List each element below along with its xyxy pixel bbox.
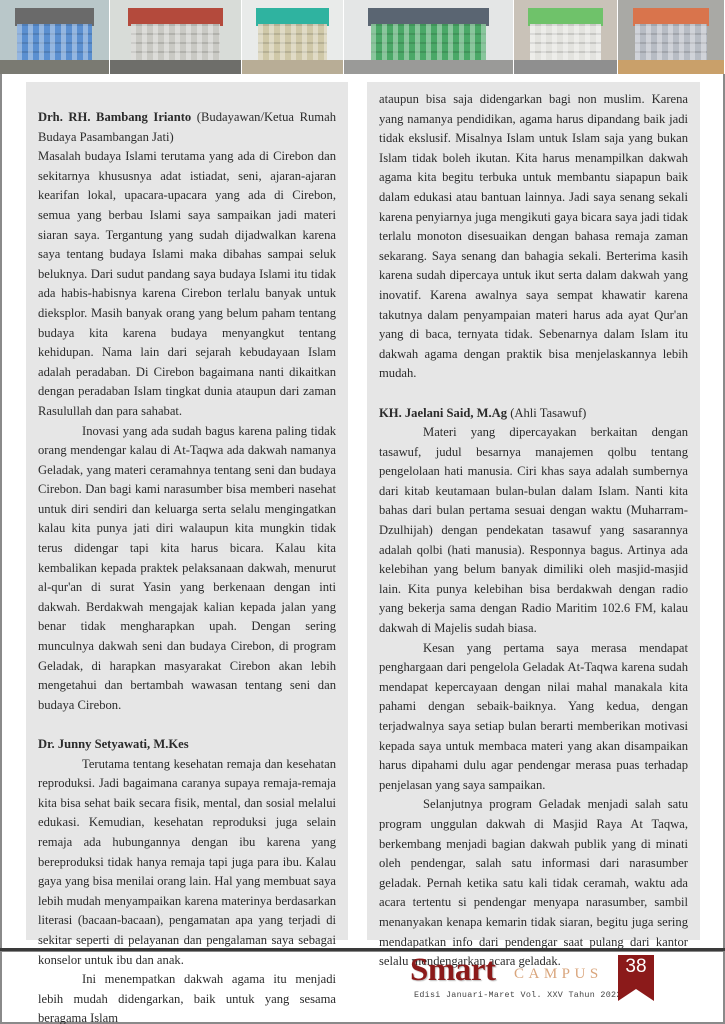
header-photo-campus-hall [344,0,514,74]
header-photo-blue-building [0,0,110,74]
paragraph: Selanjutnya program Geladak menjadi sala… [379,795,688,971]
logo-campus-text: CAMPUS [514,966,603,983]
edition-text: Edisi Januari-Maret Vol. XXV Tahun 2022 [414,990,622,1000]
logo-smart-text: Smart [410,952,495,989]
paragraph: ataupun bisa saja didengarkan bagi non m… [379,90,688,384]
header-photo-campus-aerial [618,0,725,74]
footer-divider [0,948,725,952]
header-photo-arch-gate [110,0,242,74]
speaker-heading-jaelani: KH. Jaelani Said, M.Ag (Ahli Tasawuf) [379,404,688,424]
paragraph: Materi yang dipercayakan berkaitan denga… [379,423,688,639]
paragraph: Inovasi yang ada sudah bagus karena pali… [38,422,336,716]
header-photo-strip [0,0,725,74]
paragraph: Masalah budaya Islami terutama yang ada … [38,147,336,421]
header-photo-mosque-aerial [514,0,618,74]
article-column-right: ataupun bisa saja didengarkan bagi non m… [367,82,700,940]
speaker-name: KH. Jaelani Said, M.Ag [379,406,507,420]
page-number: 38 [618,956,654,978]
speaker-heading-bambang: Drh. RH. Bambang Irianto (Budayawan/Ketu… [38,108,336,147]
speaker-role: (Ahli Tasawuf) [507,406,586,420]
page-number-badge: 38 [618,955,654,1001]
speaker-heading-junny: Dr. Junny Setyawati, M.Kes [38,735,336,755]
paragraph: Ini menempatkan dakwah agama itu menjadi… [38,970,336,1024]
paragraph: Kesan yang pertama saya merasa mendapat … [379,639,688,796]
article-column-left: Drh. RH. Bambang Irianto (Budayawan/Ketu… [26,82,348,940]
header-photo-green-glass-building [242,0,344,74]
speaker-name: Dr. Junny Setyawati, M.Kes [38,737,189,751]
speaker-name: Drh. RH. Bambang Irianto [38,110,191,124]
paragraph: Terutama tentang kesehatan remaja dan ke… [38,755,336,971]
